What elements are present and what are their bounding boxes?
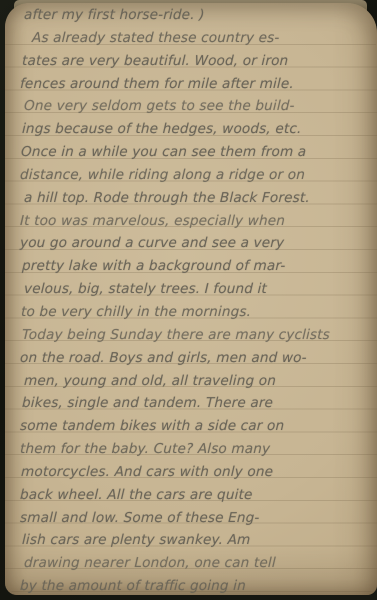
journal-line: by the amount of traffic going in	[20, 575, 375, 598]
journal-line: As already stated these country es-	[20, 27, 375, 50]
journal-line: small and low. Some of these Eng-	[20, 507, 375, 530]
journal-line: bikes, single and tandem. There are	[20, 392, 375, 415]
journal-line: Today being Sunday there are many cyclis…	[20, 324, 375, 347]
journal-line: men, young and old, all traveling on	[20, 370, 375, 393]
photo-background: after my first horse-ride. ) As already …	[0, 0, 377, 600]
journal-line: after my first horse-ride. )	[20, 4, 375, 27]
journal-line: some tandem bikes with a side car on	[20, 415, 375, 438]
journal-line: them for the baby. Cute? Also many	[20, 438, 375, 461]
journal-line: pretty lake with a background of mar-	[20, 255, 375, 278]
journal-line: Once in a while you can see them from a	[20, 141, 375, 164]
handwritten-text: after my first horse-ride. ) As already …	[20, 4, 374, 598]
journal-line: It too was marvelous, especially when	[20, 210, 375, 233]
journal-line: back wheel. All the cars are quite	[20, 484, 375, 507]
journal-line: velous, big, stately trees. I found it	[20, 278, 375, 301]
journal-line: distance, while riding along a ridge or …	[20, 164, 375, 187]
journal-line: ings because of the hedges, woods, etc.	[20, 118, 375, 141]
journal-line: on the road. Boys and girls, men and wo-	[20, 347, 375, 370]
journal-page: after my first horse-ride. ) As already …	[5, 3, 377, 595]
journal-line: a hill top. Rode through the Black Fores…	[20, 187, 375, 210]
journal-line: you go around a curve and see a very	[20, 232, 375, 255]
journal-line: drawing nearer London, one can tell	[20, 552, 375, 575]
journal-line: fences around them for mile after mile.	[20, 73, 375, 96]
journal-line: tates are very beautiful. Wood, or iron	[20, 50, 375, 73]
journal-line: One very seldom gets to see the build-	[20, 95, 375, 118]
journal-line: lish cars are plenty swankey. Am	[20, 529, 375, 552]
journal-line: to be very chilly in the mornings.	[20, 301, 375, 324]
journal-line: motorcycles. And cars with only one	[20, 461, 375, 484]
